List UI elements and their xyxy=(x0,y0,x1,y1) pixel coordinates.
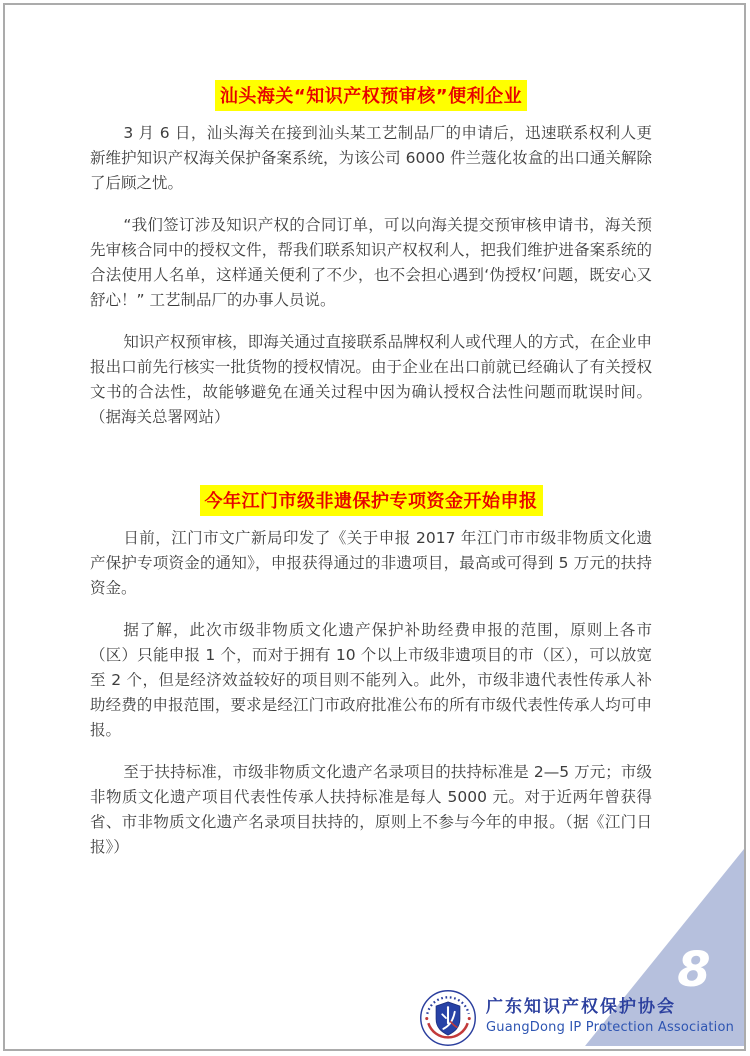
section-1-title: 汕头海关“知识产权预审核”便利企业 xyxy=(90,80,652,111)
page-number: 8 xyxy=(668,946,720,994)
association-emblem-svg xyxy=(419,989,477,1047)
association-emblem-icon xyxy=(419,989,477,1047)
section-2-title-highlight: 今年江门市级非遗保护专项资金开始申报 xyxy=(200,485,543,516)
section-1-paragraph-1: 3 月 6 日，汕头海关在接到汕头某工艺制品厂的申请后，迅速联系权利人更新维护知… xyxy=(90,121,652,196)
newsletter-page: { "page": { "colors": { "title_red": "#e… xyxy=(0,0,750,1056)
association-name-cn: 广东知识产权保护协会 xyxy=(486,997,734,1017)
page-content: 汕头海关“知识产权预审核”便利企业 3 月 6 日，汕头海关在接到汕头某工艺制品… xyxy=(90,80,652,877)
section-2-paragraph-2: 据了解，此次市级非物质文化遗产保护补助经费申报的范围，原则上各市（区）只能申报 … xyxy=(90,618,652,743)
association-name-block: 广东知识产权保护协会 GuangDong IP Protection Assoc… xyxy=(486,997,734,1036)
section-1-paragraph-2: “我们签订涉及知识产权的合同订单，可以向海关提交预审核申请书，海关预先审核合同中… xyxy=(90,213,652,313)
section-2-paragraph-3: 至于扶持标准，市级非物质文化遗产名录项目的扶持标准是 2—5 万元；市级非物质文… xyxy=(90,760,652,860)
section-1-paragraph-3: 知识产权预审核，即海关通过直接联系品牌权利人或代理人的方式，在企业申报出口前先行… xyxy=(90,330,652,430)
section-2-title: 今年江门市级非遗保护专项资金开始申报 xyxy=(90,485,652,516)
section-1-title-highlight: 汕头海关“知识产权预审核”便利企业 xyxy=(215,80,527,111)
association-name-en: GuangDong IP Protection Association xyxy=(486,1020,734,1036)
section-2-paragraph-1: 日前，江门市文广新局印发了《关于申报 2017 年江门市市级非物质文化遗产保护专… xyxy=(90,526,652,601)
